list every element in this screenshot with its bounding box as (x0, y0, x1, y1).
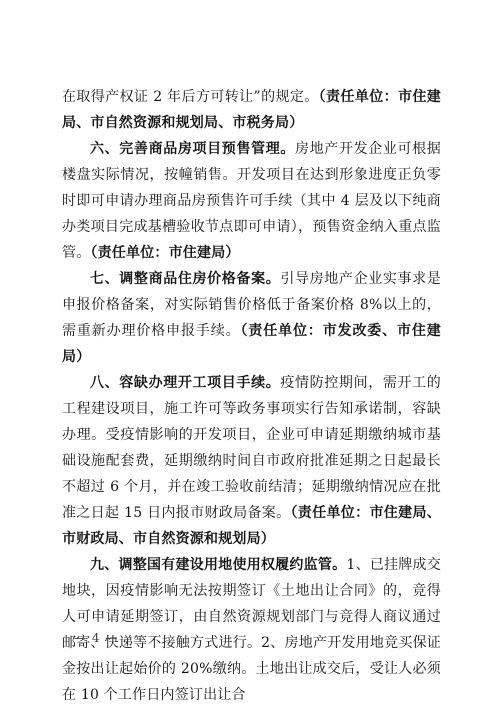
section-9-heading: 九、调整国有建设用地使用权履约监管。 (90, 557, 346, 573)
body-text: 1、已挂牌成交地块，因疫情影响无法按期签订《土地出让合同》的，竞得人可申请延期签… (62, 557, 441, 703)
paragraph-section-9: 九、调整国有建设用地使用权履约监管。1、已挂牌成交地块，因疫情影响无法按期签订《… (62, 552, 441, 707)
page-number: — 4 — (74, 630, 118, 646)
responsibility-note: （责任单位：市住建局） (90, 245, 239, 261)
paragraph-continuation: 在取得产权证 2 年后方可转让”的规定。（责任单位：市住建局、市自然资源和规划局… (62, 84, 441, 136)
section-7-heading: 七、调整商品住房价格备案。 (90, 271, 280, 287)
paragraph-section-7: 七、调整商品住房价格备案。引导房地产企业实事求是申报价格备案，对实际销售价格低于… (62, 266, 441, 370)
body-text: 房地产开发企业可根据楼盘实际情况，按幢销售。开发项目在达到形象进度正负零时即可申… (62, 141, 441, 261)
document-page: 在取得产权证 2 年后方可转让”的规定。（责任单位：市住建局、市自然资源和规划局… (0, 0, 500, 707)
paragraph-section-8: 八、容缺办理开工项目手续。疫情防控期间，需开工的工程建设项目，施工许可等政务事项… (62, 370, 441, 552)
section-6-heading: 六、完善商品房项目预售管理。 (90, 141, 295, 157)
section-8-heading: 八、容缺办理开工项目手续。 (90, 375, 280, 391)
body-text: 疫情防控期间，需开工的工程建设项目，施工许可等政务事项实行告知承诺制，容缺办理。… (62, 375, 441, 521)
body-text: 在取得产权证 2 年后方可转让”的规定。 (62, 89, 319, 105)
paragraph-section-6: 六、完善商品房项目预售管理。房地产开发企业可根据楼盘实际情况，按幢销售。开发项目… (62, 136, 441, 266)
document-body: 在取得产权证 2 年后方可转让”的规定。（责任单位：市住建局、市自然资源和规划局… (62, 84, 441, 707)
